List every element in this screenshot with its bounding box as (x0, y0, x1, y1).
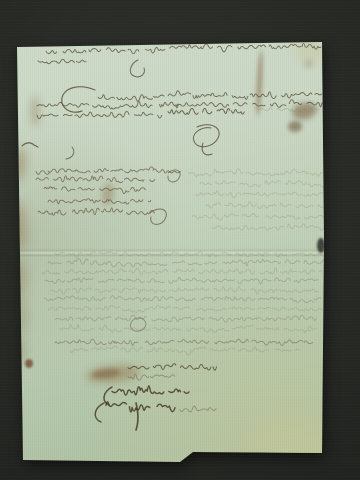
handwriting-line (128, 374, 175, 380)
handwriting-line (44, 296, 321, 303)
ink-flourish (62, 87, 95, 112)
handwriting-line (55, 315, 316, 322)
ink-flourish (193, 125, 219, 147)
handwriting-line (48, 305, 322, 312)
photo-background: Aged handwritten manuscript letter in fa… (0, 0, 360, 480)
handwriting-layer (0, 0, 360, 480)
handwriting-line (37, 100, 325, 109)
paper-sheet (0, 0, 360, 480)
ink-flourish (22, 143, 38, 147)
handwriting-line (192, 213, 326, 220)
handwriting-line (188, 169, 329, 177)
handwriting-line (42, 268, 322, 275)
ink-flourish (130, 60, 144, 77)
handwriting-line (168, 108, 244, 114)
handwriting-line (212, 224, 324, 231)
handwriting-line (106, 402, 175, 412)
handwriting-line (55, 339, 313, 345)
handwriting-line (180, 406, 216, 412)
handwriting-line (36, 176, 155, 183)
handwriting-line (37, 111, 162, 118)
ink-flourish (66, 147, 74, 159)
handwriting-line (206, 202, 324, 209)
handwriting-line (38, 59, 86, 63)
handwriting-line (196, 191, 328, 198)
manuscript-paper-shadow (0, 0, 360, 480)
handwriting-line (60, 324, 316, 332)
handwriting-line (50, 286, 318, 294)
handwriting-line (46, 44, 321, 54)
ink-flourish (150, 209, 166, 224)
handwriting-line (36, 167, 180, 174)
handwriting-line (112, 386, 189, 395)
handwriting-line (200, 181, 326, 188)
handwriting-line (70, 346, 299, 355)
ink-flourish (95, 403, 104, 422)
handwriting-line (55, 252, 323, 259)
handwriting-line (255, 108, 319, 112)
handwriting-line (45, 278, 318, 285)
handwriting-line (98, 91, 322, 101)
handwriting-line (44, 187, 146, 194)
handwriting-line (128, 364, 217, 371)
handwriting-line (48, 259, 326, 267)
handwriting-line (38, 208, 154, 216)
ink-flourish (136, 403, 138, 430)
ink-flourish (168, 170, 180, 182)
handwriting-line (48, 199, 151, 204)
